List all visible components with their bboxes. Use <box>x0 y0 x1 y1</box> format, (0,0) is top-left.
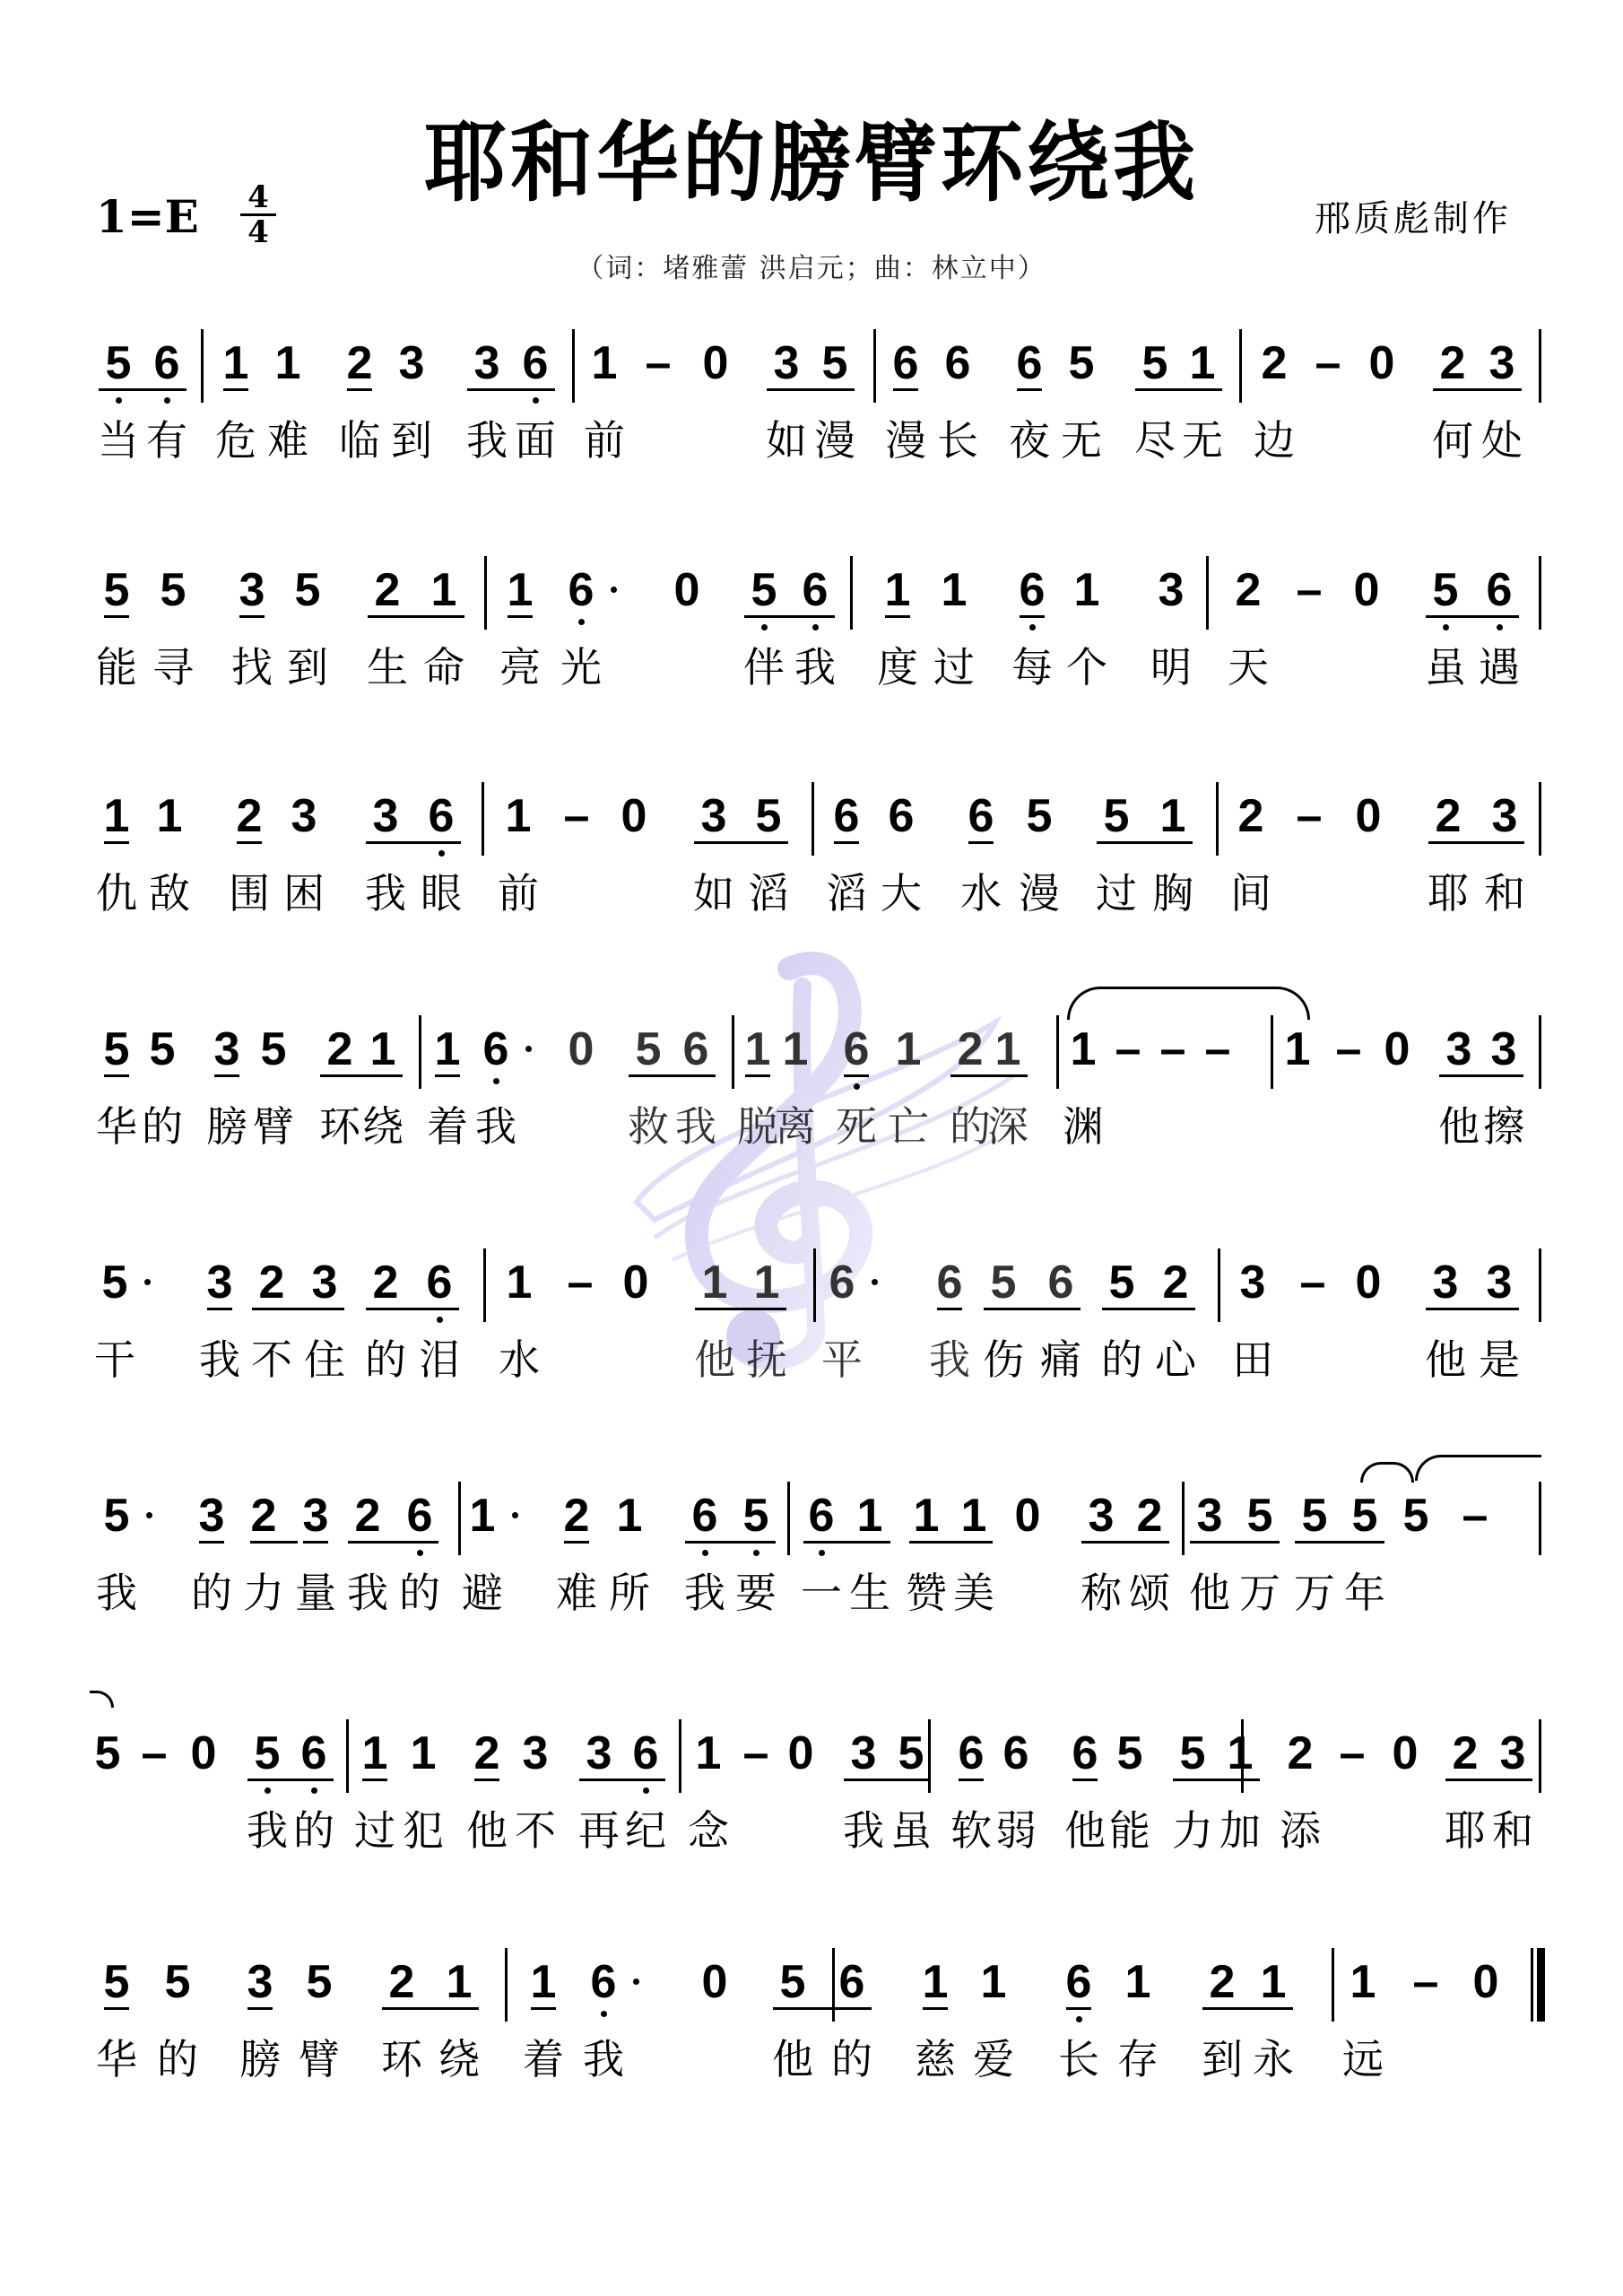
note-digit: 5 <box>104 1956 130 2008</box>
lyric-char: 仇 <box>93 868 140 918</box>
augmentation-dot <box>525 1046 532 1052</box>
lower-octave-dot <box>417 1550 423 1556</box>
barline <box>1241 1719 1244 1793</box>
lower-octave-dot <box>1443 624 1449 631</box>
lyric-char: 伴 <box>741 642 787 692</box>
note: 3 <box>194 1489 230 1543</box>
lyric-char: 我 <box>473 1101 519 1152</box>
note-digit: 0 <box>1384 1023 1410 1075</box>
note-digit: 3 <box>214 1023 240 1075</box>
note-digit: 5 <box>104 1490 130 1542</box>
lyric-char: 的 <box>829 2034 875 2084</box>
note: 5 <box>155 563 191 617</box>
note-digit: 6 <box>429 790 455 842</box>
note-digit: 6 <box>683 1023 709 1075</box>
note-digit: 1 <box>157 790 183 842</box>
barline <box>1539 329 1541 403</box>
time-signature-bottom: 4 <box>240 217 276 248</box>
note-digit: 0 <box>623 1257 649 1309</box>
note-digit: 0 <box>1015 1490 1041 1542</box>
note: 2 <box>342 336 378 390</box>
note: 6 <box>423 789 459 843</box>
lyric-char: 漫 <box>811 415 858 465</box>
underline-beam <box>237 841 262 844</box>
barline <box>928 1719 931 1793</box>
note: 6 <box>953 1726 989 1780</box>
note-digit: 5 <box>780 1956 806 2008</box>
note: 3 <box>1441 1022 1477 1076</box>
barline <box>1539 1719 1541 1793</box>
barline <box>1182 1482 1185 1555</box>
note-digit: 3 <box>586 1727 612 1779</box>
note-digit: 1 <box>857 1490 883 1542</box>
barline <box>201 329 204 403</box>
note-digit: 5 <box>991 1257 1017 1309</box>
note: 0 <box>1468 1955 1504 2009</box>
note-digit: 1 <box>1160 790 1186 842</box>
lyric-char: 处 <box>1479 415 1525 465</box>
note: 5 <box>751 789 786 843</box>
note-digit: – <box>1462 1490 1488 1542</box>
lyric-char: 华 <box>93 1101 140 1152</box>
note-digit: 6 <box>633 1727 659 1779</box>
eighth-beam <box>950 1074 1028 1077</box>
note: 1 <box>405 1726 441 1780</box>
note-digit: 5 <box>104 564 130 616</box>
lyric-char: 边 <box>1251 415 1298 465</box>
note-digit: 1 <box>961 1490 987 1542</box>
note: 5 <box>290 563 325 617</box>
lyric-char: 量 <box>292 1568 339 1618</box>
lyric-char: 避 <box>459 1568 506 1618</box>
note-digit: 5 <box>1142 337 1168 389</box>
underline-beam <box>104 615 129 618</box>
note-digit: 0 <box>621 790 647 842</box>
note-digit: 3 <box>373 790 399 842</box>
note: 1 <box>426 563 462 617</box>
note: 5 <box>1137 336 1173 390</box>
underline-beam <box>362 1779 387 1781</box>
eighth-beam <box>348 1541 438 1544</box>
note-digit: 3 <box>1489 337 1515 389</box>
underline-beam <box>885 615 910 618</box>
lyric-char: 漫 <box>1016 868 1063 918</box>
note-digit: 2 <box>327 1023 353 1075</box>
note: 1 <box>1280 1022 1315 1076</box>
lyric-char: 面 <box>512 415 559 465</box>
note-digit: 2 <box>1262 337 1288 389</box>
note-digit: 1 <box>431 564 457 616</box>
lower-octave-dot <box>643 1787 649 1794</box>
lyric-char: 慈 <box>912 2034 959 2084</box>
note: 1 <box>525 1955 561 2009</box>
score-row-4: 553521160561161211–––1–033华的膀臂环绕着我救我脱离死亡… <box>0 1022 1623 1238</box>
barline <box>484 556 487 630</box>
note-digit: 3 <box>1491 1023 1517 1075</box>
underline-beam <box>745 1074 770 1077</box>
lyric-char: 称 <box>1078 1568 1124 1618</box>
lyric-char: 纪 <box>622 1805 669 1856</box>
lyric-char: 到 <box>1199 2034 1245 2084</box>
lyric-char: 的 <box>1098 1335 1145 1385</box>
note: 3 <box>298 1489 334 1543</box>
note-digit: 6 <box>154 337 180 389</box>
lower-octave-dot <box>601 2011 607 2017</box>
note-digit: 1 <box>1190 337 1216 389</box>
lyric-char: 每 <box>1009 642 1055 692</box>
barline <box>1239 329 1242 403</box>
extension-dash: – <box>1331 1022 1367 1076</box>
note-digit: 6 <box>834 790 860 842</box>
note: 2 <box>1132 1489 1167 1543</box>
lyric-char: 和 <box>1481 868 1528 918</box>
note: 3 <box>307 1256 343 1309</box>
barline <box>1056 1015 1059 1089</box>
lyric-char: 我 <box>673 1101 719 1152</box>
eighth-beam <box>382 2007 479 2010</box>
lyric-char: 夜 <box>1006 415 1053 465</box>
lyric-char: 伤 <box>980 1335 1027 1385</box>
note: 1 <box>908 1489 944 1543</box>
note: 3 <box>1083 1489 1119 1543</box>
note-digit: – <box>1340 1727 1366 1779</box>
note-digit: 2 <box>564 1490 590 1542</box>
note-digit: – <box>568 1257 594 1309</box>
lyric-char: 能 <box>93 642 140 692</box>
note: 3 <box>1192 1489 1228 1543</box>
lyric-char: 到 <box>388 415 435 465</box>
score-row-3: 1123361–0356665512–023仇敌围困我眼前如滔滔大水漫过胸间耶和 <box>0 789 1623 1004</box>
note-digit: 1 <box>1074 564 1100 616</box>
lyric-char: 滔 <box>823 868 870 918</box>
lyric-char: 如 <box>763 415 810 465</box>
lyric-char: 我 <box>93 1568 140 1618</box>
barline <box>1218 1248 1220 1322</box>
note-digit: 5 <box>161 564 187 616</box>
lyric-char: 如 <box>690 868 737 918</box>
note-digit: 3 <box>851 1727 877 1779</box>
lyric-char: 渊 <box>1060 1101 1107 1152</box>
note-digit: 0 <box>703 337 729 389</box>
note: 0 <box>698 336 733 390</box>
note: 5 <box>1242 1489 1278 1543</box>
eighth-beam <box>1445 1779 1532 1781</box>
lower-octave-dot <box>311 1787 317 1794</box>
note-digit: 0 <box>1356 1257 1382 1309</box>
note: 6 <box>563 563 599 617</box>
note: 6 <box>628 1726 664 1780</box>
note: 2 <box>322 1022 358 1076</box>
note-digit: 1 <box>696 1727 722 1779</box>
underline-beam <box>435 1074 460 1077</box>
lyric-char: 臂 <box>250 1101 297 1152</box>
underline-beam <box>1017 388 1042 391</box>
note-digit: 3 <box>1089 1490 1115 1542</box>
note-digit: 5 <box>95 1727 121 1779</box>
note: 5 <box>100 336 136 390</box>
lyric-char: 遇 <box>1476 642 1523 692</box>
note-digit: 6 <box>968 790 994 842</box>
note-digit: 6 <box>829 1257 855 1309</box>
note-digit: 5 <box>756 790 782 842</box>
note-digit: 5 <box>295 564 321 616</box>
lyric-char: 抚 <box>743 1335 790 1385</box>
note-digit: – <box>1297 790 1323 842</box>
barline <box>483 1248 486 1322</box>
lyric-char: 是 <box>1476 1335 1523 1385</box>
note-digit: 1 <box>942 564 968 616</box>
underline-beam <box>1020 615 1045 618</box>
note: 5 <box>893 1726 929 1780</box>
note: 3 <box>1235 1256 1271 1309</box>
note: 1 <box>464 1489 500 1543</box>
note: 6 <box>998 1726 1034 1780</box>
note: 2 <box>384 1955 420 2009</box>
note: 5 <box>1398 1489 1434 1543</box>
underline-beam <box>104 2007 129 2010</box>
lyric-char: 的 <box>362 1335 409 1385</box>
score-row-6: 53232612165611103235555–我的力量我的避难所我要一生赞美称… <box>0 1489 1623 1704</box>
note-digit: 1 <box>617 1490 643 1542</box>
extension-dash: – <box>738 1726 774 1780</box>
note-digit: – <box>1336 1023 1362 1075</box>
note-digit: 2 <box>389 1956 415 2008</box>
score-row-8: 553521160561161211–0华的膀臂环绕着我他的慈爱长存到永远 <box>0 1955 1623 2170</box>
eighth-beam <box>366 1308 459 1310</box>
lyric-char: 赞 <box>903 1568 950 1618</box>
note-digit: 2 <box>373 1257 399 1309</box>
eighth-beam <box>252 1308 344 1310</box>
note: 3 <box>696 789 732 843</box>
note-digit: 1 <box>1125 1956 1151 2008</box>
score-row-1: 561123361–0356665512–023当有危难临到我面前如漫漫长夜无尽… <box>0 336 1623 552</box>
note: 0 <box>186 1726 221 1780</box>
note-digit: 1 <box>896 1023 922 1075</box>
lyric-char: 添 <box>1277 1805 1324 1856</box>
lyric-char: 所 <box>606 1568 653 1618</box>
lyric-char: 亡 <box>885 1101 932 1152</box>
note-digit: 6 <box>1487 564 1513 616</box>
lyric-char: 心 <box>1152 1335 1199 1385</box>
lyric-char: 的 <box>188 1568 235 1618</box>
underline-beam <box>239 615 265 618</box>
lyric-char: 的 <box>291 1805 337 1856</box>
note: 5 <box>99 563 135 617</box>
note-digit: 3 <box>247 1956 273 2008</box>
note-digit: 2 <box>1288 1727 1314 1779</box>
barline <box>1216 782 1219 856</box>
note-digit: 1 <box>923 1956 949 2008</box>
note-digit: 6 <box>1048 1257 1074 1309</box>
lower-octave-dot <box>1029 624 1036 631</box>
note: 6 <box>829 789 864 843</box>
eighth-beam <box>844 1779 931 1781</box>
note-digit: 0 <box>568 1023 595 1075</box>
barline <box>458 1482 461 1555</box>
note: 6 <box>1011 336 1047 390</box>
note-digit: 1 <box>1228 1727 1254 1779</box>
note: 1 <box>1345 1955 1381 2009</box>
note-digit: 3 <box>1197 1490 1223 1542</box>
note: 1 <box>1185 336 1220 390</box>
note: 3 <box>517 1726 553 1780</box>
lyric-char: 华 <box>93 2034 140 2084</box>
lyric-char: 我 <box>580 2034 627 2084</box>
note: 1 <box>1065 1022 1101 1076</box>
note-digit: 2 <box>1210 1956 1236 2008</box>
lyric-char: 危 <box>213 415 259 465</box>
note-digit: 0 <box>788 1727 814 1779</box>
note-digit: 3 <box>303 1490 329 1542</box>
note-digit: 3 <box>312 1257 338 1309</box>
note: 1 <box>99 789 135 843</box>
note: 3 <box>1428 1256 1463 1309</box>
note: 6 <box>888 336 924 390</box>
note: 2 <box>1282 1726 1318 1780</box>
barline <box>482 782 484 856</box>
lyric-char: 一 <box>798 1568 845 1618</box>
note: 6 <box>1014 563 1050 617</box>
note: 1 <box>990 1022 1026 1076</box>
note: 1 <box>218 336 254 390</box>
note-digit: 1 <box>1071 1023 1097 1075</box>
note-digit: 3 <box>1446 1023 1472 1075</box>
lyric-char: 田 <box>1229 1335 1276 1385</box>
note: 2 <box>559 1489 595 1543</box>
eighth-beam <box>1173 1779 1260 1781</box>
note-digit: 2 <box>347 337 373 389</box>
underline-beam <box>347 388 372 391</box>
note: 1 <box>1155 789 1191 843</box>
note: 5 <box>1063 336 1099 390</box>
lyric-char: 爱 <box>970 2034 1017 2084</box>
note-digit: 0 <box>1369 337 1395 389</box>
note: 6 <box>824 1256 860 1309</box>
note: 3 <box>1486 1022 1522 1076</box>
note-digit: 5 <box>1027 790 1053 842</box>
note-digit: 5 <box>743 1490 769 1542</box>
note-digit: 5 <box>822 337 848 389</box>
note-digit: 6 <box>1003 1727 1029 1779</box>
note: 1 <box>441 1955 477 2009</box>
underline-beam <box>1072 1779 1098 1781</box>
note-digit: 1 <box>447 1956 473 2008</box>
note-digit: 1 <box>507 1257 533 1309</box>
note-digit: 1 <box>370 1023 396 1075</box>
eighth-beam <box>247 1779 334 1781</box>
underline-beam <box>104 1074 129 1077</box>
eighth-beam <box>1295 1541 1384 1544</box>
extension-dash: – <box>640 336 676 390</box>
note-digit: 2 <box>237 790 263 842</box>
note: 5 <box>144 1022 180 1076</box>
lyric-char: 离 <box>772 1101 819 1152</box>
note-digit: 6 <box>301 1727 327 1779</box>
note: 1 <box>500 789 536 843</box>
note-digit: 1 <box>1261 1956 1287 2008</box>
eighth-beam <box>744 615 835 618</box>
eighth-beam <box>1097 841 1193 844</box>
note-digit: 3 <box>701 790 727 842</box>
eighth-beam <box>694 841 788 844</box>
note-digit: 5 <box>1180 1727 1206 1779</box>
lyric-char: 尽 <box>1132 415 1178 465</box>
note-digit: 1 <box>995 1023 1021 1075</box>
lower-octave-dot <box>533 397 539 404</box>
lower-octave-dot <box>761 624 768 631</box>
note: 0 <box>618 1256 654 1309</box>
lyric-char: 和 <box>1489 1805 1536 1856</box>
note: 3 <box>1487 789 1523 843</box>
note: 5 <box>160 1955 195 2009</box>
lower-octave-dot <box>437 1317 443 1323</box>
lyric-char: 长 <box>934 415 981 465</box>
lyric-char: 能 <box>1107 1805 1153 1856</box>
note: 0 <box>616 789 652 843</box>
lyric-char: 泪 <box>416 1335 463 1385</box>
note-digit: 3 <box>774 337 800 389</box>
lower-octave-dot <box>265 1787 271 1794</box>
augmentation-dot <box>611 587 617 593</box>
note-digit: 6 <box>692 1490 718 1542</box>
note: 1 <box>501 1256 537 1309</box>
barline <box>1539 1015 1541 1089</box>
barline <box>505 1948 508 2022</box>
arranger-credit: 邢质彪制作 <box>1315 190 1512 241</box>
note: 1 <box>1069 563 1105 617</box>
lyric-char: 前 <box>495 868 542 918</box>
note-digit: 6 <box>803 564 829 616</box>
note-digit: 5 <box>165 1956 191 2008</box>
underline-beam <box>214 1074 239 1077</box>
lower-octave-dot <box>438 850 445 857</box>
lyric-char: 他 <box>1422 1335 1469 1385</box>
eighth-beam <box>250 1541 298 1544</box>
note-digit: 0 <box>1473 1956 1499 2008</box>
lyric-char: 难 <box>553 1568 600 1618</box>
note: 6 <box>586 1955 621 2009</box>
lyric-char: 水 <box>496 1335 542 1385</box>
lyric-char: 无 <box>1179 415 1226 465</box>
augmentation-dot <box>633 1979 639 1985</box>
note: 6 <box>838 1022 874 1076</box>
lyric-char: 远 <box>1340 2034 1386 2084</box>
note-digit: 3 <box>1433 1257 1459 1309</box>
note-digit: 6 <box>809 1490 835 1542</box>
note: 2 <box>254 1256 290 1309</box>
note-digit: 1 <box>1285 1023 1311 1075</box>
note: 3 <box>234 563 270 617</box>
note-digit: 1 <box>104 790 130 842</box>
note: 0 <box>669 563 705 617</box>
underline-beam <box>937 1308 962 1310</box>
lyric-char: 水 <box>958 868 1004 918</box>
note: 2 <box>1204 1955 1240 2009</box>
lyric-char: 耶 <box>1425 868 1471 918</box>
note: 5 <box>99 1022 135 1076</box>
eighth-beam <box>1102 1308 1195 1310</box>
lower-octave-dot <box>702 1550 708 1556</box>
note: 6 <box>932 1256 968 1309</box>
note-digit: 5 <box>1069 337 1095 389</box>
note-digit: 2 <box>251 1490 277 1542</box>
lyric-char: 度 <box>874 642 921 692</box>
lyric-char: 我 <box>926 1335 973 1385</box>
lyric-char: 明 <box>1148 642 1194 692</box>
note: 5 <box>90 1726 126 1780</box>
note-digit: 0 <box>1356 790 1382 842</box>
lyric-char: 滔 <box>745 868 792 918</box>
